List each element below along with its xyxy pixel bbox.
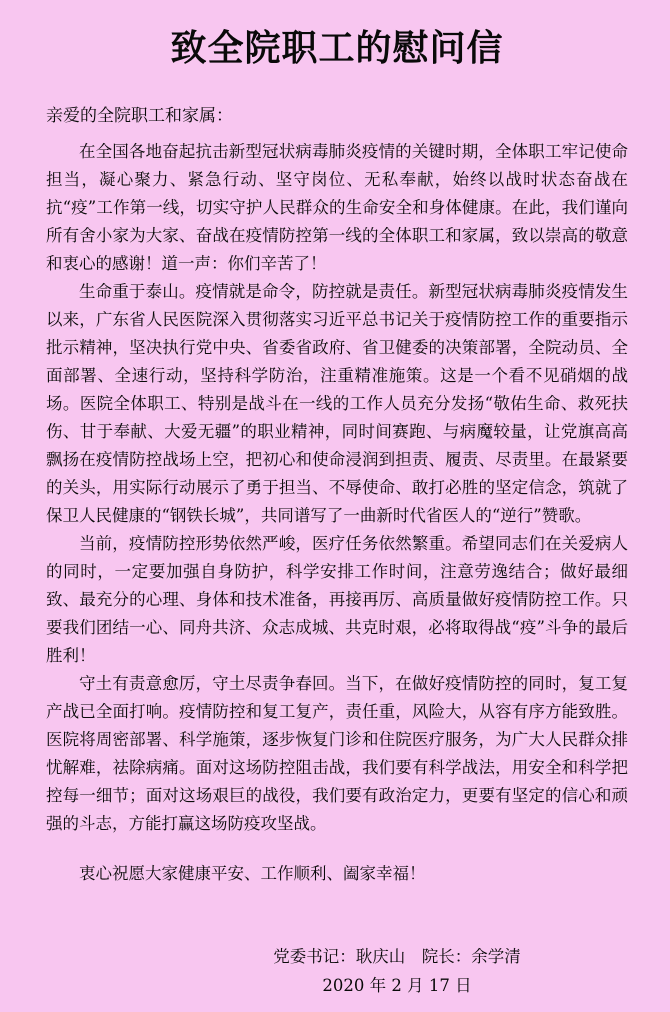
signature-block: 党委书记：耿庆山 院长：余学清 2020 年 2 月 17 日 (106, 942, 670, 1000)
salutation: 亲爱的全院职工和家属： (46, 102, 628, 130)
letter-paragraph-1: 在全国各地奋起抗击新型冠状病毒肺炎疫情的关键时期，全体职工牢记使命担当，凝心聚力… (46, 138, 628, 278)
closing-wish: 衷心祝愿大家健康平安、工作顺利、阖家幸福！ (46, 860, 628, 888)
letter-paragraph-3: 当前，疫情防控形势依然严峻，医疗任务依然繁重。希望同志们在关爱病人的同时，一定要… (46, 530, 628, 670)
signature-line: 党委书记：耿庆山 院长：余学清 (106, 942, 670, 971)
page-title: 致全院职工的慰问信 (46, 26, 628, 72)
letter-paragraph-2: 生命重于泰山。疫情就是命令，防控就是责任。新型冠状病毒肺炎疫情发生以来，广东省人… (46, 278, 628, 530)
letter-page: 致全院职工的慰问信 亲爱的全院职工和家属： 在全国各地奋起抗击新型冠状病毒肺炎疫… (0, 0, 670, 1012)
date-line: 2020 年 2 月 17 日 (106, 971, 670, 1000)
letter-paragraph-4: 守土有责意愈厉，守土尽责争春回。当下，在做好疫情防控的同时，复工复产战已全面打响… (46, 670, 628, 838)
